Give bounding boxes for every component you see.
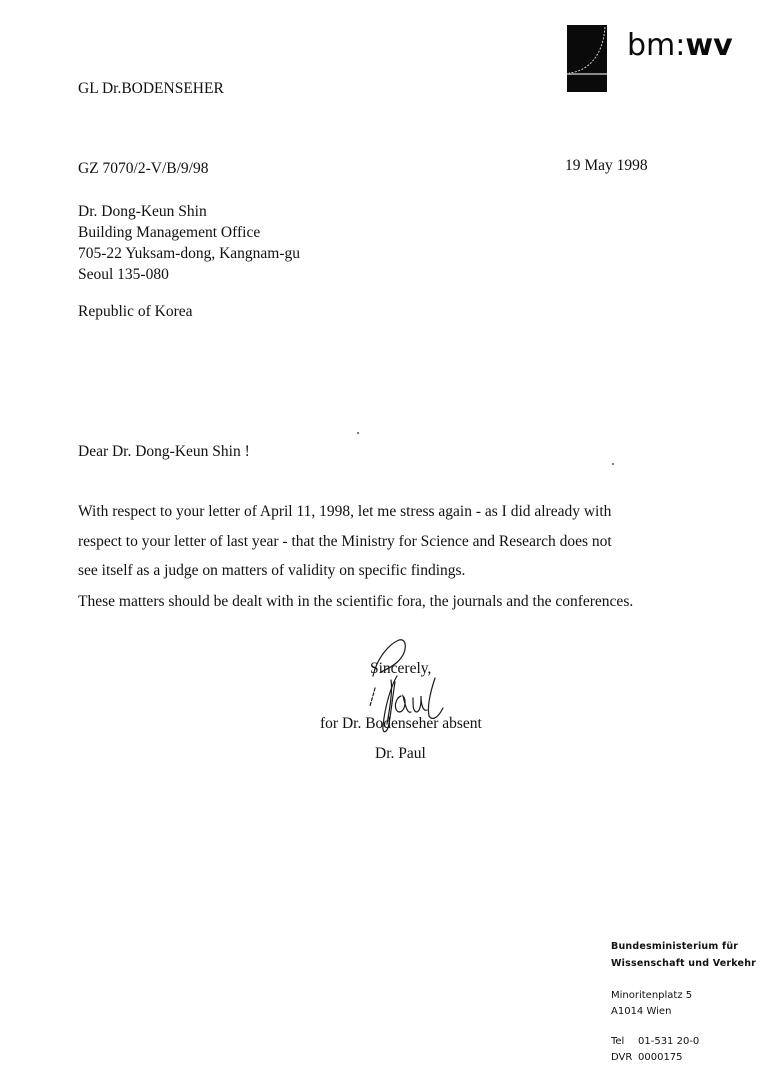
- logo-text-bold: wv: [685, 28, 732, 63]
- body-line: With respect to your letter of April 11,…: [78, 503, 611, 521]
- signer-name: Dr. Paul: [375, 746, 426, 762]
- phone-value: 01-531 20-0: [638, 1036, 699, 1047]
- org-name-line-2: Wissenschaft und Verkehr: [611, 955, 756, 972]
- salutation: Dear Dr. Dong-Keun Shin !: [78, 444, 250, 460]
- dvr-label: DVR: [611, 1050, 638, 1066]
- ministry-logo-mark-icon: [567, 25, 607, 92]
- recipient-office: Building Management Office: [78, 222, 300, 243]
- scan-speck: [612, 463, 614, 465]
- scan-speck: [357, 432, 359, 434]
- logo-text-light: bm:: [627, 28, 685, 63]
- letter-date: 19 May 1998: [565, 158, 648, 174]
- body-line: respect to your letter of last year - th…: [78, 533, 612, 551]
- phone-label: Tel: [611, 1034, 638, 1050]
- body-line: see itself as a judge on matters of vali…: [78, 562, 465, 580]
- reference-number: GZ 7070/2-V/B/9/98: [78, 161, 208, 177]
- ministry-phone: Tel01-531 20-0: [611, 1034, 699, 1050]
- recipient-name: Dr. Dong-Keun Shin: [78, 201, 300, 222]
- body-line: These matters should be dealt with in th…: [78, 593, 633, 611]
- ministry-footer: Bundesministerium für Wissenschaft und V…: [611, 938, 756, 972]
- ministry-city: A1014 Wien: [611, 1004, 671, 1020]
- on-behalf-line: for Dr. Bodenseher absent: [320, 716, 482, 732]
- sender-line: GL Dr.BODENSEHER: [78, 81, 224, 97]
- dvr-value: 0000175: [638, 1052, 683, 1063]
- ministry-street: Minoritenplatz 5: [611, 988, 692, 1004]
- recipient-country: Republic of Korea: [78, 304, 193, 320]
- ministry-logo-text: bm:wv: [627, 31, 733, 61]
- recipient-city: Seoul 135-080: [78, 264, 300, 285]
- org-name-line-1: Bundesministerium für: [611, 938, 756, 955]
- ministry-dvr: DVR0000175: [611, 1050, 683, 1066]
- recipient-address: Dr. Dong-Keun Shin Building Management O…: [78, 201, 300, 285]
- recipient-street: 705-22 Yuksam-dong, Kangnam-gu: [78, 243, 300, 264]
